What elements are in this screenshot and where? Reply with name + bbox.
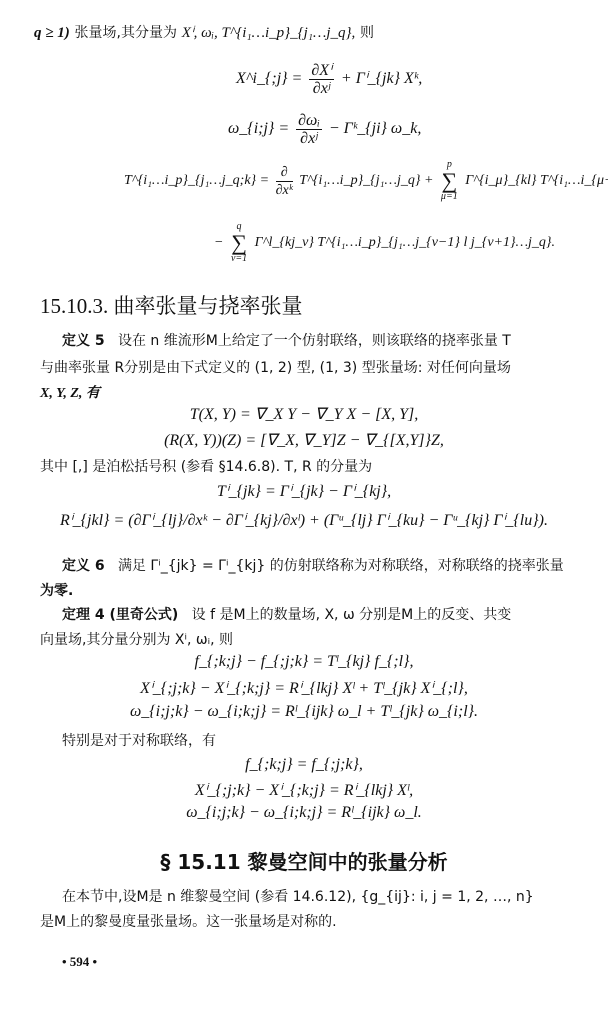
definition-5-line1: 定义 5 设在 n 维流形M上给定了一个仿射联络，则该联络的挠率张量 T [62, 330, 511, 350]
equation-ricci-scalar: f_{;k;j} − f_{;j;k} = Tˡ_{kj} f_{;l}, [0, 653, 608, 671]
subsection-heading: 15.10.3. 曲率张量与挠率张量 [40, 290, 303, 320]
definition-6-label: 定义 6 [62, 558, 105, 574]
section-intro-line2: 是M上的黎曼度量张量场。这一张量场是对称的. [40, 911, 337, 931]
equation-lhs: ω_{i;j} = [228, 120, 289, 137]
summation-symbol: q ∑ ν=1 [231, 222, 247, 264]
fraction-denominator: ∂xʲ [296, 130, 322, 147]
definition-5-text: 设在 n 维流形M上给定了一个仿射联络，则该联络的挠率张量 T [118, 333, 511, 349]
summation-symbol: p ∑ μ=1 [441, 160, 458, 202]
equation-prefix: − [214, 235, 223, 250]
intro-text: 张量场,其分量为 [75, 25, 177, 41]
fraction: ∂ωᵢ ∂xʲ [296, 112, 322, 147]
definition-5-line2: 与曲率张量 R分别是由下式定义的 (1, 2) 型, (1, 3) 型张量场: … [40, 357, 511, 377]
symmetric-connection-note: 特别是对于对称联络，有 [62, 730, 216, 750]
theorem-4-line1: 定理 4 (里奇公式) 设 f 是M上的数量场, X, ω 分别是M上的反变、共… [62, 604, 511, 624]
equation-mid: T^{i₁…i_p}_{j₁…j_q} + [299, 173, 433, 188]
equation-rhs: Γ^l_{kj_ν} T^{i₁…i_p}_{j₁…j_{ν−1} l j_{ν… [255, 235, 555, 250]
fraction-numerator: ∂ωᵢ [296, 112, 322, 130]
intro-math: Xⁱ, ωᵢ, T^{i₁…i_p}_{j₁…j_q}, [182, 25, 356, 41]
definition-6-text: 满足 Γⁱ_{jk} = Γⁱ_{kj} 的仿射联络称为对称联络，对称联络的挠率… [118, 558, 564, 574]
equation-lhs: T^{i₁…i_p}_{j₁…j_q;k} = [124, 173, 269, 188]
fraction-numerator: ∂Xⁱ [309, 62, 334, 80]
intro-line: q ≥ 1) 张量场,其分量为 Xⁱ, ωᵢ, T^{i₁…i_p}_{j₁…j… [34, 22, 374, 42]
fraction: ∂ ∂xᵏ [276, 164, 293, 199]
intro-prefix: q ≥ 1) [34, 25, 70, 41]
equation-rhs: Γ^{i_μ}_{kl} T^{i₁…i_{μ−1} l i_{μ+1}…i_p… [465, 173, 608, 188]
section-intro-line1: 在本节中,设M是 n 维黎曼空间 (参看 14.6.12), {g_{ij}: … [62, 886, 534, 906]
poisson-bracket-note: 其中 [,] 是泊松括号积 (参看 §14.6.8). T, R 的分量为 [40, 456, 372, 476]
equation-curvature-components: Rⁱ_{jkl} = (∂Γⁱ_{lj}/∂xᵏ − ∂Γⁱ_{kj}/∂xˡ)… [0, 510, 608, 530]
equation-ricci-vector: Xⁱ_{;j;k} − Xⁱ_{;k;j} = Rⁱ_{lkj} Xˡ + Tˡ… [0, 678, 608, 698]
equation-covariant-derivative-tensor: T^{i₁…i_p}_{j₁…j_q;k} = ∂ ∂xᵏ T^{i₁…i_p}… [124, 160, 608, 202]
equation-lhs: X^i_{;j} = [236, 70, 302, 87]
fraction: ∂Xⁱ ∂xʲ [309, 62, 334, 97]
theorem-4-text: 设 f 是M上的数量场, X, ω 分别是M上的反变、共变 [192, 607, 512, 623]
theorem-4-label: 定理 4 (里奇公式) [62, 607, 178, 623]
sigma-icon: ∑ [441, 170, 458, 192]
equation-covariant-derivative-vector: X^i_{;j} = ∂Xⁱ ∂xʲ + Γⁱ_{jk} Xᵏ, [236, 62, 422, 97]
equation-curvature-definition: (R(X, Y))(Z) = [∇_X, ∇_Y]Z − ∇_{[X,Y]}Z, [0, 430, 608, 450]
theorem-4-line2: 向量场,其分量分别为 Xⁱ, ωᵢ, 则 [40, 629, 233, 649]
fraction-denominator: ∂xʲ [309, 80, 334, 97]
equation-covariant-derivative-covector: ω_{i;j} = ∂ωᵢ ∂xʲ − Γᵏ_{ji} ω_k, [228, 112, 421, 147]
equation-symmetric-vector: Xⁱ_{;j;k} − Xⁱ_{;k;j} = Rⁱ_{lkj} Xˡ, [0, 780, 608, 800]
equation-symmetric-covector: ω_{i;j;k} − ω_{i;k;j} = Rˡ_{ijk} ω_l. [0, 804, 608, 822]
definition-6-line1: 定义 6 满足 Γⁱ_{jk} = Γⁱ_{kj} 的仿射联络称为对称联络，对称… [62, 555, 564, 575]
page-number: • 594 • [62, 954, 97, 970]
sum-lower-limit: μ=1 [441, 192, 458, 202]
equation-rhs: − Γᵏ_{ji} ω_k, [329, 120, 421, 137]
fraction-denominator: ∂xᵏ [276, 182, 293, 199]
equation-covariant-derivative-tensor-cont: − q ∑ ν=1 Γ^l_{kj_ν} T^{i₁…i_p}_{j₁…j_{ν… [214, 222, 555, 264]
definition-5-label: 定义 5 [62, 333, 105, 349]
equation-ricci-covector: ω_{i;j;k} − ω_{i;k;j} = Rˡ_{ijk} ω_l + T… [0, 703, 608, 721]
definition-5-line3: X, Y, Z, 有 [40, 382, 100, 402]
intro-suffix: 则 [360, 25, 374, 41]
sum-lower-limit: ν=1 [231, 254, 247, 264]
equation-rhs: + Γⁱ_{jk} Xᵏ, [341, 70, 422, 87]
section-heading: § 15.11 黎曼空间中的张量分析 [0, 846, 608, 875]
fraction-numerator: ∂ [276, 164, 293, 182]
equation-torsion-definition: T(X, Y) = ∇_X Y − ∇_Y X − [X, Y], [0, 404, 608, 424]
sigma-icon: ∑ [231, 232, 247, 254]
equation-symmetric-scalar: f_{;k;j} = f_{;j;k}, [0, 756, 608, 774]
definition-6-line2: 为零. [40, 580, 73, 600]
equation-torsion-components: Tⁱ_{jk} = Γⁱ_{jk} − Γⁱ_{kj}, [0, 481, 608, 501]
